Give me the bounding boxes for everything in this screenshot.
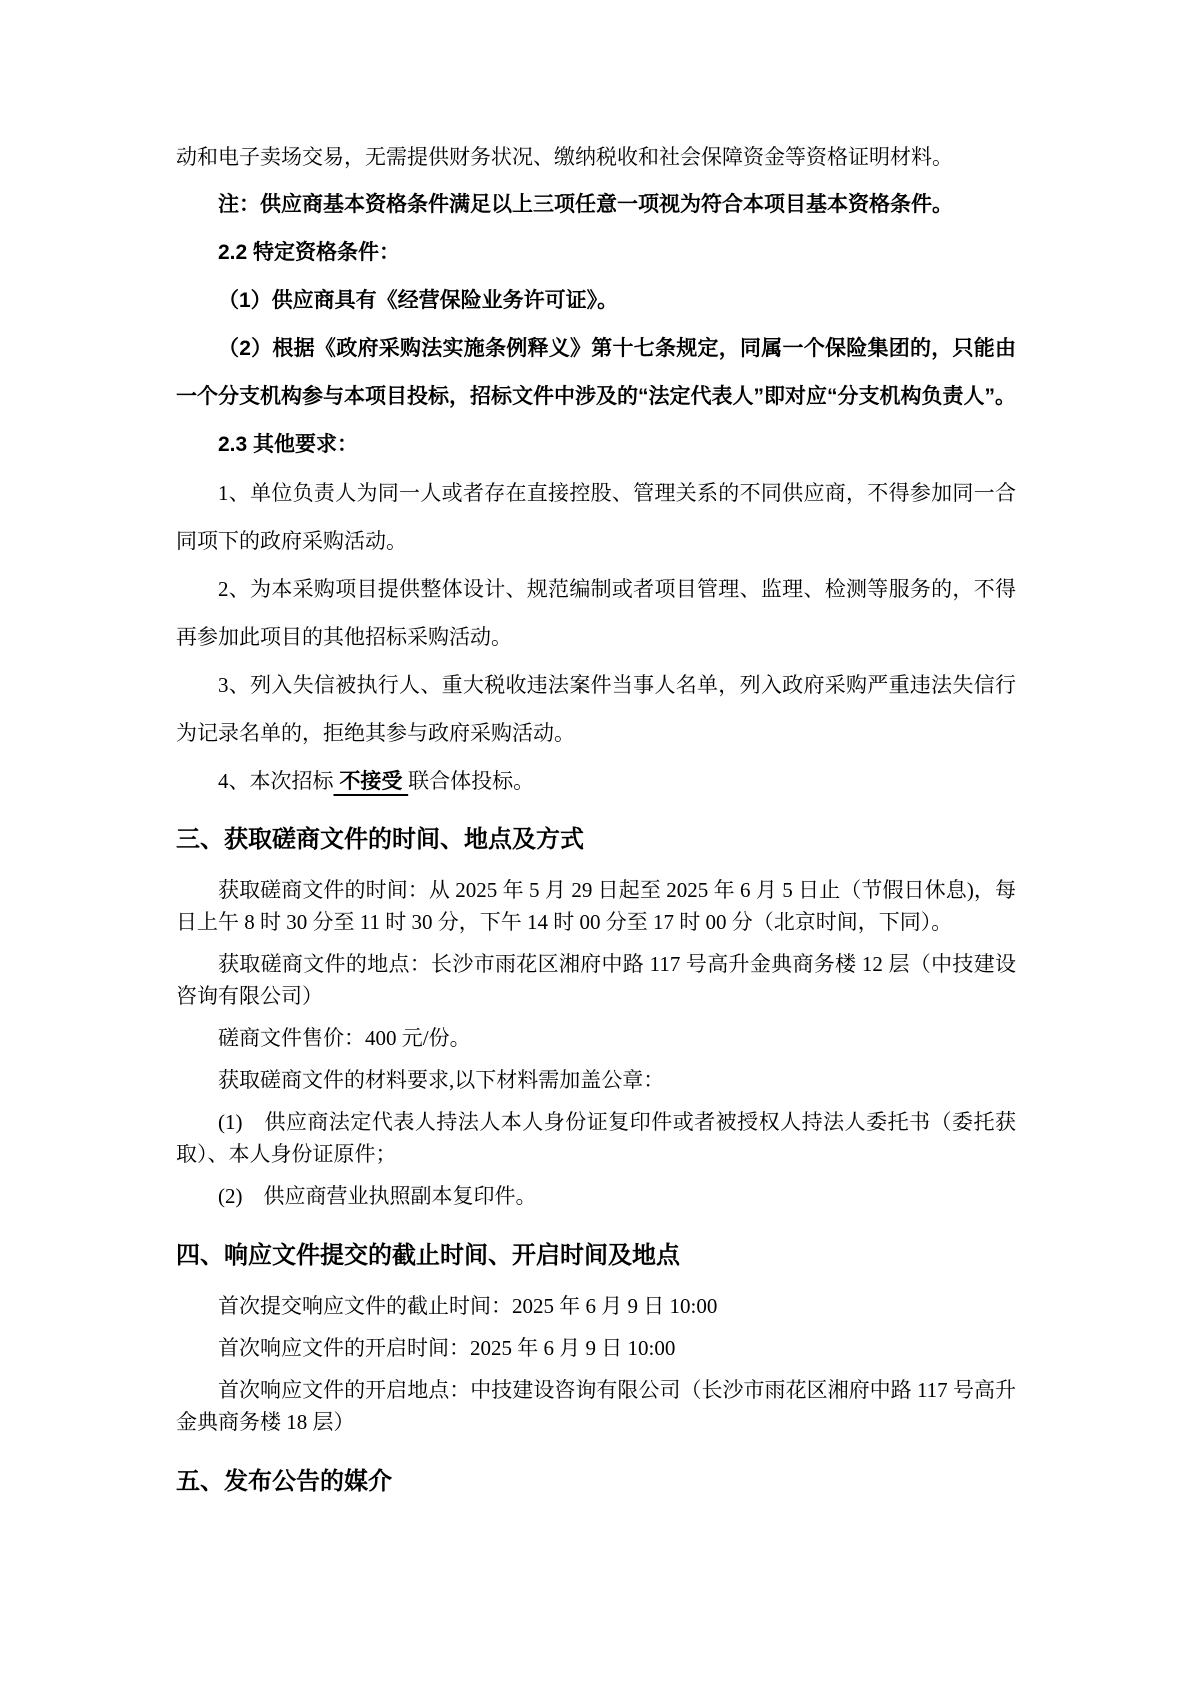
- paragraph-2-3-item1: 1、单位负责人为同一人或者存在直接控股、管理关系的不同供应商，不得参加同一合同项…: [176, 469, 1016, 565]
- section-heading-3: 三、获取磋商文件的时间、地点及方式: [176, 816, 1016, 864]
- paragraph-opening-time: 首次响应文件的开启时间：2025 年 6 月 9 日 10:00: [176, 1332, 1016, 1364]
- paragraph-submission-deadline: 首次提交响应文件的截止时间：2025 年 6 月 9 日 10:00: [176, 1290, 1016, 1322]
- paragraph-2-2-item1: （1）供应商具有《经营保险业务许可证》。: [176, 277, 1016, 325]
- paragraph-obtain-place: 获取磋商文件的地点：长沙市雨花区湘府中路 117 号高升金典商务楼 12 层（中…: [176, 948, 1016, 1012]
- paragraph-continuation: 动和电子卖场交易，无需提供财务状况、缴纳税收和社会保障资金等资格证明材料。: [176, 133, 1016, 181]
- document-page: 动和电子卖场交易，无需提供财务状况、缴纳税收和社会保障资金等资格证明材料。 注：…: [0, 0, 1191, 1684]
- paragraph-obtain-time: 获取磋商文件的时间：从 2025 年 5 月 29 日起至 2025 年 6 月…: [176, 874, 1016, 938]
- document-content: 动和电子卖场交易，无需提供财务状况、缴纳税收和社会保障资金等资格证明材料。 注：…: [176, 133, 1016, 1506]
- paragraph-material-requirements: 获取磋商文件的材料要求,以下材料需加盖公章：: [176, 1064, 1016, 1096]
- underlined-not-accepted-text: 不接受: [334, 770, 409, 793]
- paragraph-2-3-item3: 3、列入失信被执行人、重大税收违法案件当事人名单，列入政府采购严重违法失信行为记…: [176, 661, 1016, 757]
- paragraph-opening-place: 首次响应文件的开启地点：中技建设咨询有限公司（长沙市雨花区湘府中路 117 号高…: [176, 1374, 1016, 1438]
- paragraph-material-item2: (2) 供应商营业执照副本复印件。: [176, 1180, 1016, 1212]
- paragraph-material-item1: (1) 供应商法定代表人持法人本人身份证复印件或者被授权人持法人委托书（委托获取…: [176, 1106, 1016, 1170]
- paragraph-2-2-title: 2.2 特定资格条件：: [176, 229, 1016, 277]
- text-run-prefix: 4、本次招标: [218, 769, 334, 793]
- paragraph-2-3-title: 2.3 其他要求：: [176, 421, 1016, 469]
- text-run-suffix: 联合体投标。: [408, 769, 534, 793]
- section-heading-4: 四、响应文件提交的截止时间、开启时间及地点: [176, 1232, 1016, 1280]
- paragraph-2-3-item4: 4、本次招标 不接受 联合体投标。: [176, 757, 1016, 806]
- paragraph-2-2-item2: （2）根据《政府采购法实施条例释义》第十七条规定，同属一个保险集团的，只能由一个…: [176, 325, 1016, 421]
- paragraph-note: 注：供应商基本资格条件满足以上三项任意一项视为符合本项目基本资格条件。: [176, 181, 1016, 229]
- section-heading-5: 五、发布公告的媒介: [176, 1458, 1016, 1506]
- paragraph-document-price: 磋商文件售价：400 元/份。: [176, 1022, 1016, 1054]
- paragraph-2-3-item2: 2、为本采购项目提供整体设计、规范编制或者项目管理、监理、检测等服务的，不得再参…: [176, 565, 1016, 661]
